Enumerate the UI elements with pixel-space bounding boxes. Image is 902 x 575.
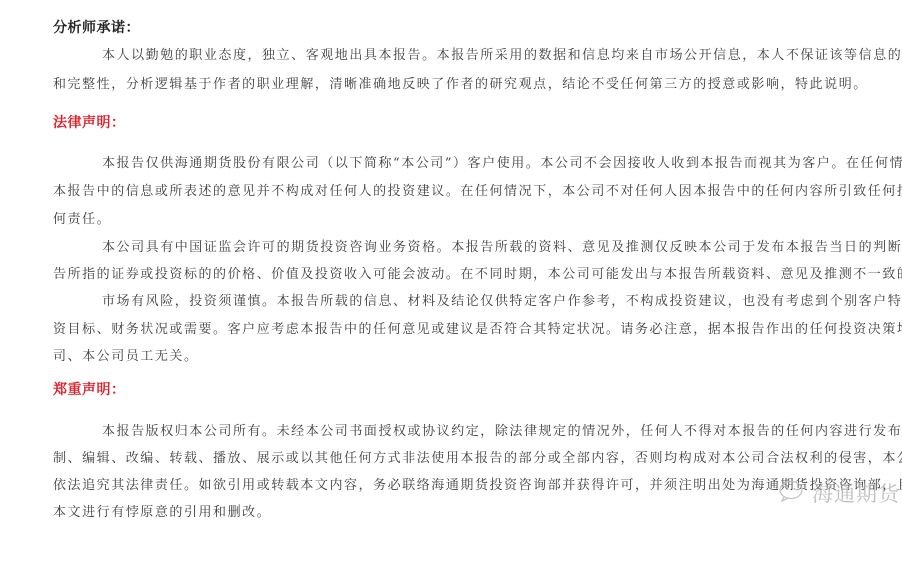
legal-statement-line-5: 告所指的证券或投资标的的价格、价值及投资收入可能会波动。在不同时期，本公司可能发… [53, 263, 902, 282]
watermark: 海通期货 [778, 478, 900, 508]
legal-statement-line-3: 何责任。 [53, 208, 111, 227]
legal-statement-line-8: 司、本公司员工无关。 [53, 345, 199, 364]
analyst-commitment-line-2: 和完整性，分析逻辑基于作者的职业理解，清晰准确地反映了作者的研究观点，结论不受任… [53, 73, 868, 92]
analyst-commitment-line-1: 本人以勤勉的职业态度，独立、客观地出具本报告。本报告所采用的数据和信息均来自市场… [102, 44, 902, 63]
solemn-statement-line-4: 本文进行有悖原意的引用和删改。 [53, 501, 271, 520]
solemn-statement-line-3: 依法追究其法律责任。如欲引用或转载本文内容，务必联络海通期货投资咨询部并获得许可… [53, 474, 902, 493]
legal-statement-line-1: 本报告仅供海通期货股份有限公司（以下简称“本公司”）客户使用。本公司不会因接收人… [102, 152, 902, 171]
solemn-statement-heading: 郑重声明： [53, 379, 126, 399]
legal-statement-line-6: 市场有风险，投资须谨慎。本报告所载的信息、材料及结论仅供特定客户作参考，不构成投… [102, 290, 902, 309]
solemn-statement-line-2: 制、编辑、改编、转载、播放、展示或以其他任何方式非法使用本报告的部分或全部内容，… [53, 447, 902, 466]
legal-statement-line-7: 资目标、财务状况或需要。客户应考虑本报告中的任何意见或建议是否符合其特定状况。请… [53, 318, 902, 337]
wechat-icon [778, 479, 808, 507]
watermark-text: 海通期货 [812, 478, 900, 508]
analyst-commitment-heading: 分析师承诺： [53, 17, 140, 37]
legal-statement-heading: 法律声明： [53, 112, 126, 132]
solemn-statement-line-1: 本报告版权归本公司所有。未经本公司书面授权或协议约定，除法律规定的情况外，任何人… [102, 420, 902, 439]
legal-statement-line-4: 本公司具有中国证监会许可的期货投资咨询业务资格。本报告所载的资料、意见及推测仅反… [102, 236, 902, 255]
legal-statement-line-2: 本报告中的信息或所表述的意见并不构成对任何人的投资建议。在任何情况下，本公司不对… [53, 180, 902, 199]
